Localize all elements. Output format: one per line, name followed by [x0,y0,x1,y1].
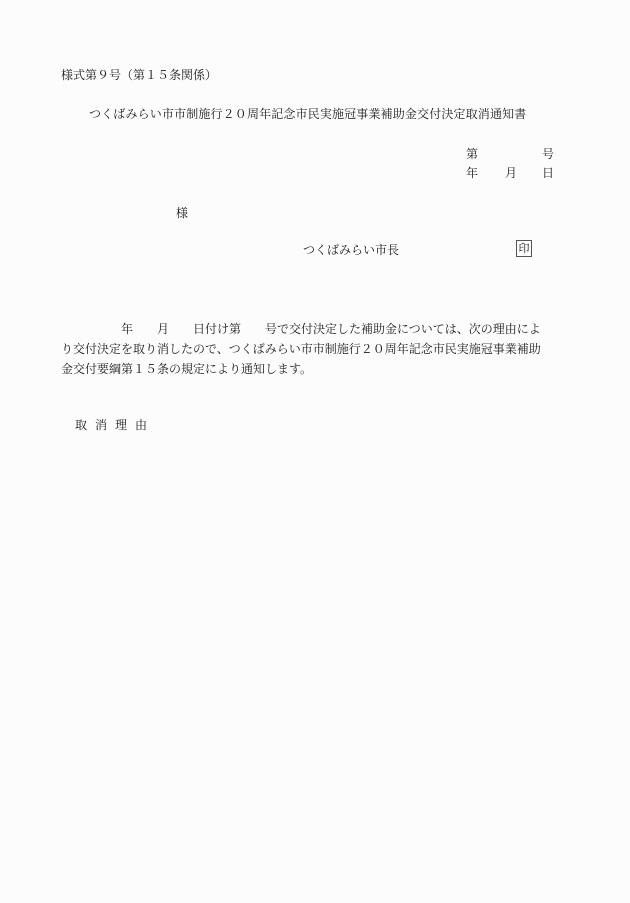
cancellation-reason-heading: 取消理由 [75,417,155,433]
issue-number-suffix: 号 [542,146,554,162]
date-month-label: 月 [505,165,517,181]
reason-char: 消 [95,418,107,432]
reason-char: 由 [135,418,147,432]
form-number: 様式第９号（第１５条関係） [61,67,217,83]
reason-char: 取 [75,418,87,432]
notice-body-line: り交付決定を取り消したので、つくばみらい市市制施行２０周年記念市民実施冠事業補助 [61,339,581,359]
document-title: つくばみらい市市制施行２０周年記念市民実施冠事業補助金交付決定取消通知書 [89,106,526,122]
notice-body: 年 月 日付け第 号で交付決定した補助金については、次の理由によ り交付決定を取… [61,319,581,379]
seal-stamp-box: 印 [516,240,532,257]
sender-name: つくばみらい市長 [303,242,399,258]
notice-body-line: 金交付要綱第１５条の規定により通知します。 [61,359,581,379]
issue-number-prefix: 第 [466,146,478,162]
notice-body-line: 年 月 日付け第 号で交付決定した補助金については、次の理由によ [61,319,581,339]
reason-char: 理 [115,418,127,432]
date-year-label: 年 [466,165,478,181]
addressee-honorific: 様 [176,205,188,221]
date-day-label: 日 [542,165,554,181]
